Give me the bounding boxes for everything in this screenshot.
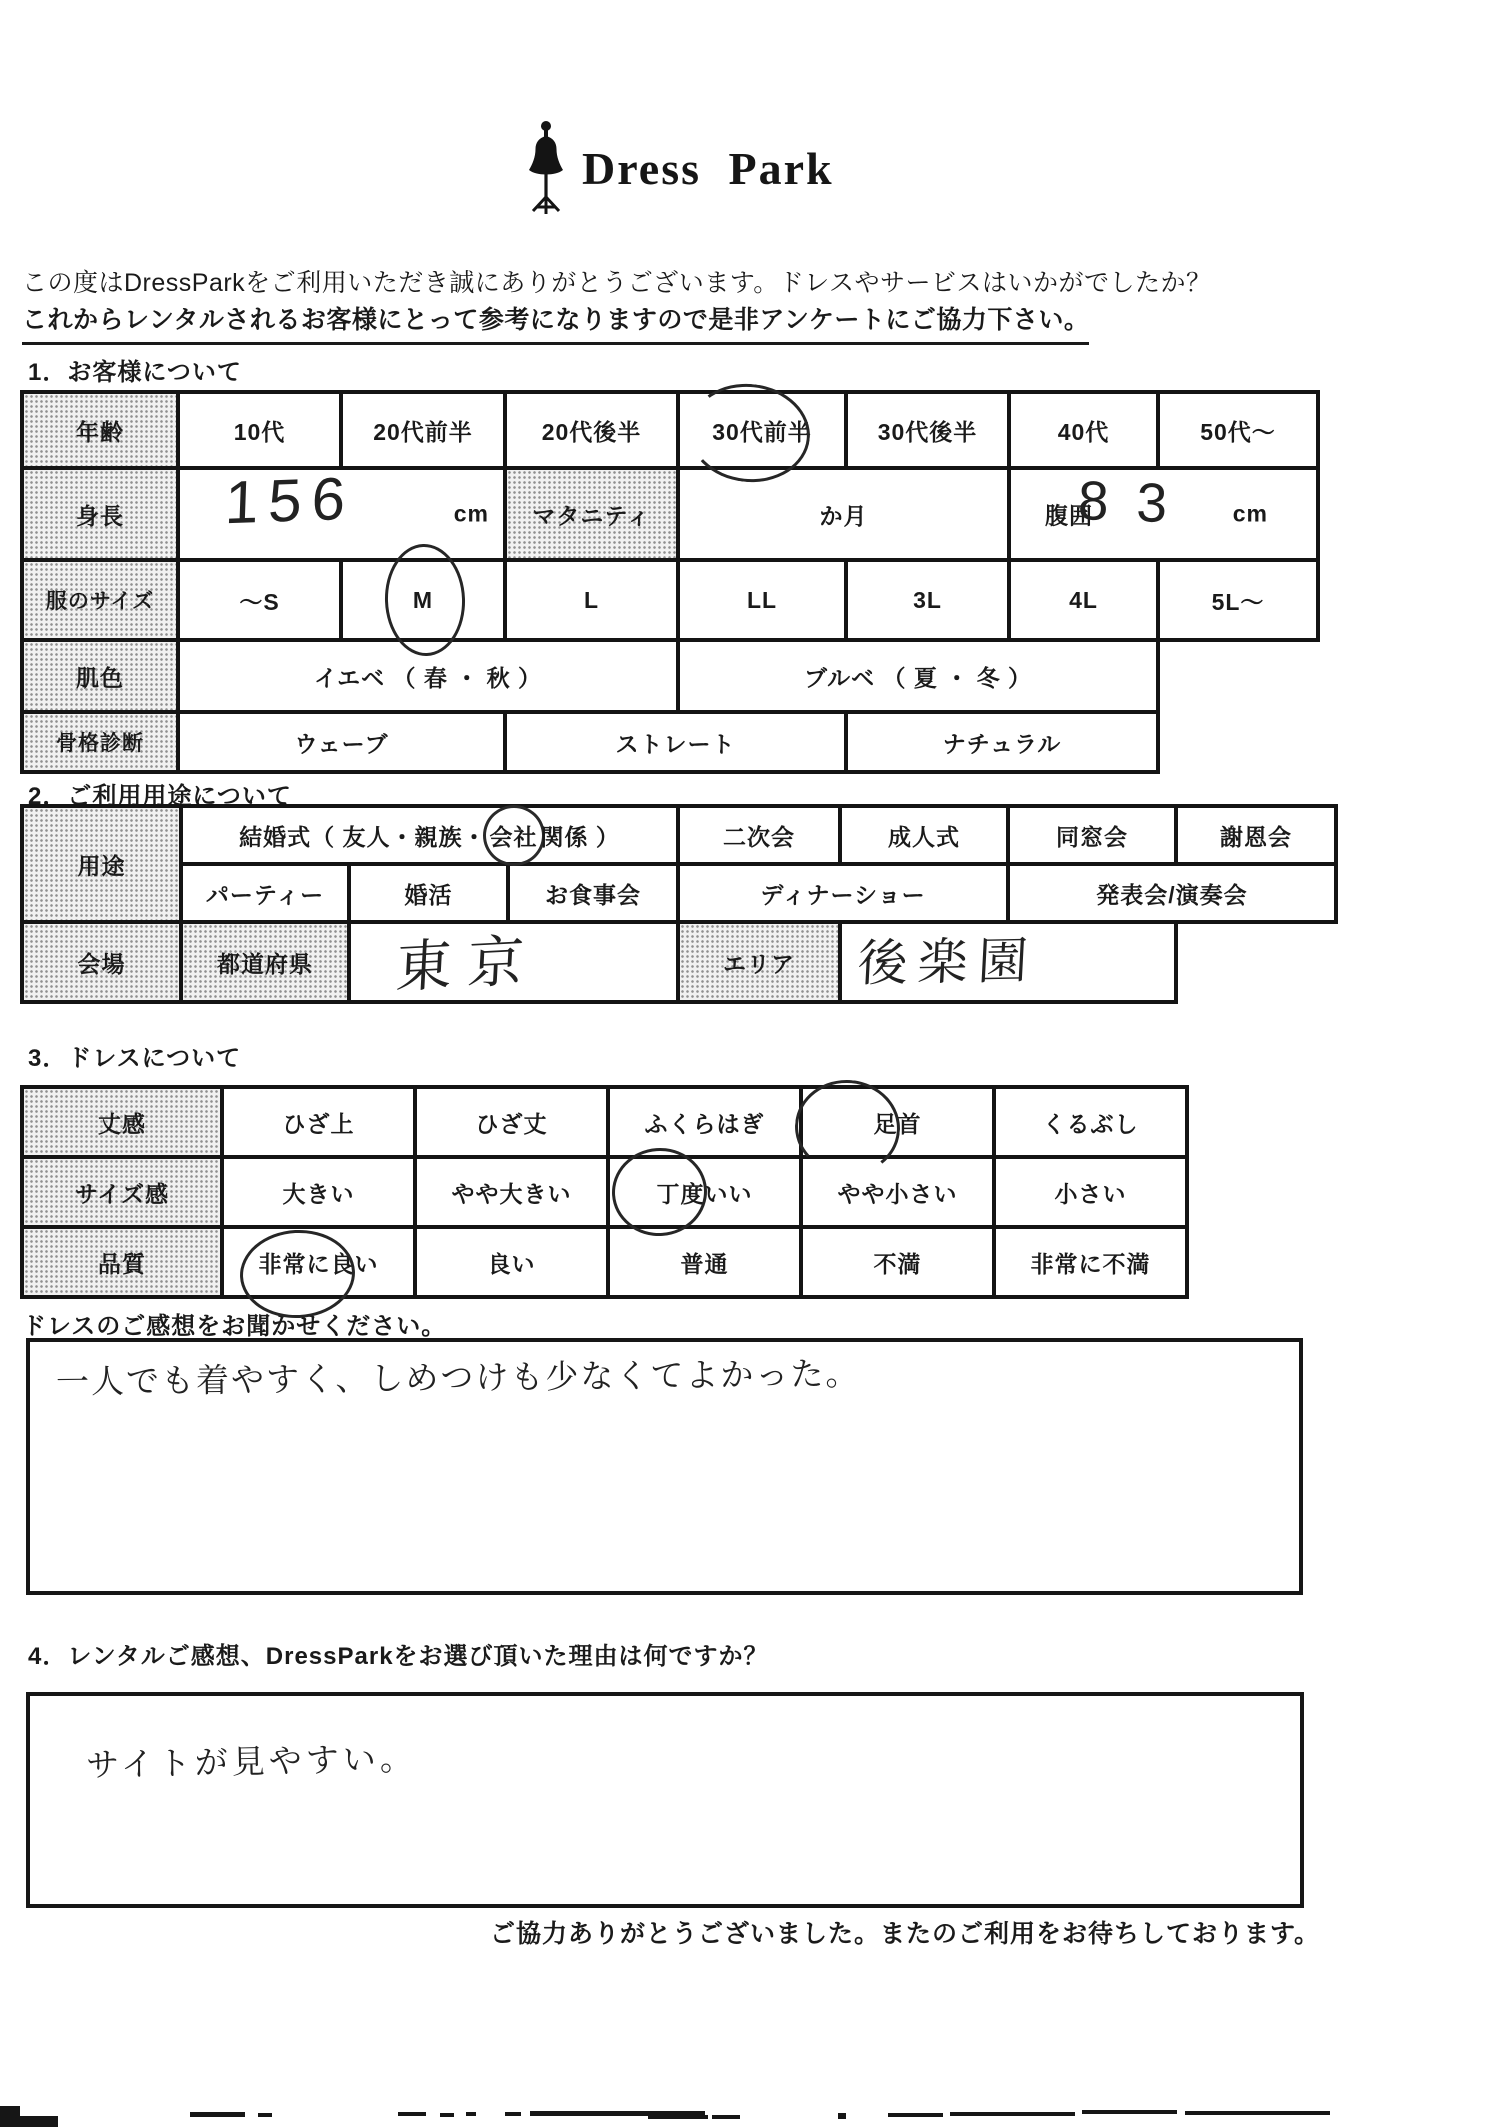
- purpose-row-2: パーティー 婚活 お食事会 ディナーショー 発表会/演奏会: [22, 864, 1336, 922]
- option-fit-small: 小さい: [994, 1157, 1187, 1227]
- option-purpose-recital: 発表会/演奏会: [1008, 864, 1336, 922]
- scan-artifact-dash: [1185, 2111, 1330, 2115]
- row-header-skin: 肌色: [22, 640, 178, 712]
- scan-artifact-dash: [398, 2112, 426, 2116]
- empty-filler: [1158, 640, 1318, 712]
- row-header-skeletal: 骨格診断: [22, 712, 178, 772]
- size-row: 服のサイズ ～S M L LL 3L 4L 5L～: [22, 560, 1318, 640]
- scan-artifact-dash: [505, 2112, 521, 2116]
- scan-artifact-dash: [1082, 2110, 1177, 2114]
- scan-artifact-dash: [838, 2113, 846, 2119]
- option-fit-slightly-large: やや大きい: [415, 1157, 608, 1227]
- scan-artifact-dash: [950, 2112, 1075, 2116]
- row-header-height: 身長: [22, 468, 178, 560]
- wedding-text-post: 関係 ）: [541, 824, 620, 850]
- fit-row: サイズ感 大きい やや大きい 丁度いい やや小さい 小さい: [22, 1157, 1187, 1227]
- option-quality-good: 良い: [415, 1227, 608, 1297]
- scan-artifact-dash: [190, 2112, 245, 2117]
- option-purpose-afterparty: 二次会: [678, 806, 840, 864]
- handwritten-area-value: 後楽園: [856, 920, 1040, 995]
- option-size-l: L: [505, 560, 678, 640]
- option-age-40s: 40代: [1009, 392, 1158, 468]
- option-age-late20s: 20代後半: [505, 392, 678, 468]
- pen-circle-company: 会社: [483, 805, 545, 866]
- option-skeletal-wave: ウェーブ: [178, 712, 505, 772]
- handwritten-height-value: 156: [224, 464, 356, 538]
- maternity-months-cell: か月: [678, 468, 1009, 560]
- intro-line-2: これからレンタルされるお客様にとって参考になりますので是非アンケートにご協力下さ…: [22, 300, 1089, 345]
- option-size-s: ～S: [178, 560, 341, 640]
- row-header-purpose: 用途: [22, 806, 181, 922]
- feedback-prompt: ドレスのご感想をお聞かせください。: [22, 1306, 446, 1341]
- option-skeletal-natural: ナチュラル: [846, 712, 1158, 772]
- scan-artifact-dash: [440, 2113, 454, 2117]
- option-age-10s: 10代: [178, 392, 341, 468]
- wedding-text-pre: 結婚式（ 友人・親族・: [239, 824, 486, 850]
- option-purpose-thanks-party: 謝恩会: [1176, 806, 1336, 864]
- age-row: 年齢 10代 20代前半 20代後半 30代前半 30代後半 40代 50代～: [22, 392, 1318, 468]
- scan-artifact-dash: [258, 2113, 272, 2117]
- dress-form-icon: [522, 120, 570, 221]
- option-length-above-knee: ひざ上: [222, 1087, 415, 1157]
- skin-tone-row: 肌色 イエベ （ 春 ・ 秋 ） ブルベ （ 夏 ・ 冬 ）: [22, 640, 1318, 712]
- scan-artifact-dash: [466, 2112, 476, 2116]
- option-skeletal-straight: ストレート: [505, 712, 846, 772]
- option-fit-large: 大きい: [222, 1157, 415, 1227]
- row-header-size: 服のサイズ: [22, 560, 178, 640]
- option-quality-normal: 普通: [608, 1227, 801, 1297]
- prefecture-label: 都道府県: [181, 922, 349, 1002]
- option-size-5l: 5L～: [1158, 560, 1318, 640]
- dress-rating-table: 丈感 ひざ上 ひざ丈 ふくらはぎ 足首 くるぶし サイズ感 大きい やや大きい …: [20, 1085, 1189, 1299]
- intro-line-1: この度はDressParkをご利用いただき誠にありがとうございます。ドレスやサー…: [22, 263, 1211, 299]
- option-length-calf: ふくらはぎ: [608, 1087, 801, 1157]
- brand-logo: Dress Park: [522, 120, 834, 221]
- section4-title: 4．レンタルご感想、DressParkをお選び頂いた理由は何ですか？: [28, 1636, 769, 1671]
- handwritten-waist-value: 83: [1077, 468, 1196, 536]
- option-purpose-dinnershow: ディナーショー: [678, 864, 1008, 922]
- option-age-50s: 50代～: [1158, 392, 1318, 468]
- empty-filler: [1176, 922, 1336, 1002]
- option-size-ll: LL: [678, 560, 846, 640]
- option-length-anklebone: くるぶし: [994, 1087, 1187, 1157]
- scan-artifact-dash: [888, 2113, 943, 2117]
- purpose-row-1: 用途 結婚式（ 友人・親族・会社関係 ） 二次会 成人式 同窓会 謝恩会: [22, 806, 1336, 864]
- option-size-3l: 3L: [846, 560, 1009, 640]
- option-purpose-dinner: お食事会: [508, 864, 678, 922]
- empty-filler: [1158, 712, 1318, 772]
- waist-unit-label: cm: [1233, 501, 1268, 528]
- option-skin-bluebase: ブルベ （ 夏 ・ 冬 ）: [678, 640, 1158, 712]
- height-unit-label: cm: [454, 501, 489, 528]
- handwritten-prefecture-value: 東京: [394, 916, 542, 1004]
- option-purpose-konkatsu: 婚活: [349, 864, 508, 922]
- option-purpose-party: パーティー: [181, 864, 349, 922]
- option-age-early20s: 20代前半: [341, 392, 505, 468]
- option-quality-very-dissatisfied: 非常に不満: [994, 1227, 1187, 1297]
- venue-row: 会場 都道府県 エリア: [22, 922, 1336, 1002]
- closing-message: ご協力ありがとうございました。またのご利用をお待ちしております。: [20, 1914, 1320, 1950]
- row-header-venue: 会場: [22, 922, 181, 1002]
- option-quality-dissatisfied: 不満: [801, 1227, 994, 1297]
- length-row: 丈感 ひざ上 ひざ丈 ふくらはぎ 足首 くるぶし: [22, 1087, 1187, 1157]
- usage-table: 用途 結婚式（ 友人・親族・会社関係 ） 二次会 成人式 同窓会 謝恩会 パーテ…: [20, 804, 1338, 1004]
- option-purpose-wedding: 結婚式（ 友人・親族・会社関係 ）: [181, 806, 678, 864]
- maternity-label: マタニティ: [505, 468, 678, 560]
- option-purpose-reunion: 同窓会: [1008, 806, 1176, 864]
- row-header-age: 年齢: [22, 392, 178, 468]
- skeletal-row: 骨格診断 ウェーブ ストレート ナチュラル: [22, 712, 1318, 772]
- scan-artifact-dash: [648, 2115, 708, 2119]
- section3-title: 3．ドレスについて: [28, 1038, 241, 1073]
- section1-title: 1．お客様について: [28, 352, 242, 387]
- area-label: エリア: [678, 922, 840, 1002]
- option-age-late30s: 30代後半: [846, 392, 1009, 468]
- reason-answer-box: [26, 1692, 1304, 1908]
- row-header-length: 丈感: [22, 1087, 222, 1157]
- row-header-fit: サイズ感: [22, 1157, 222, 1227]
- option-purpose-coming-of-age: 成人式: [840, 806, 1008, 864]
- option-size-4l: 4L: [1009, 560, 1158, 640]
- brand-name: Dress Park: [582, 142, 834, 195]
- handwritten-reason-answer: サイトが見やすい。: [86, 1733, 418, 1787]
- scan-artifact-corner: [0, 2116, 58, 2127]
- option-length-knee: ひざ丈: [415, 1087, 608, 1157]
- scan-artifact-dash: [712, 2115, 740, 2119]
- handwritten-feedback-answer: 一人でも着やすく、しめつけも少なくてよかった。: [56, 1348, 861, 1403]
- customer-info-table: 年齢 10代 20代前半 20代後半 30代前半 30代後半 40代 50代～ …: [20, 390, 1320, 774]
- quality-row: 品質 非常に良い 良い 普通 不満 非常に不満: [22, 1227, 1187, 1297]
- row-header-quality: 品質: [22, 1227, 222, 1297]
- scanned-survey-page: Dress Park この度はDressParkをご利用いただき誠にありがとうご…: [0, 0, 1500, 2127]
- wedding-text-circled: 会社: [490, 824, 538, 850]
